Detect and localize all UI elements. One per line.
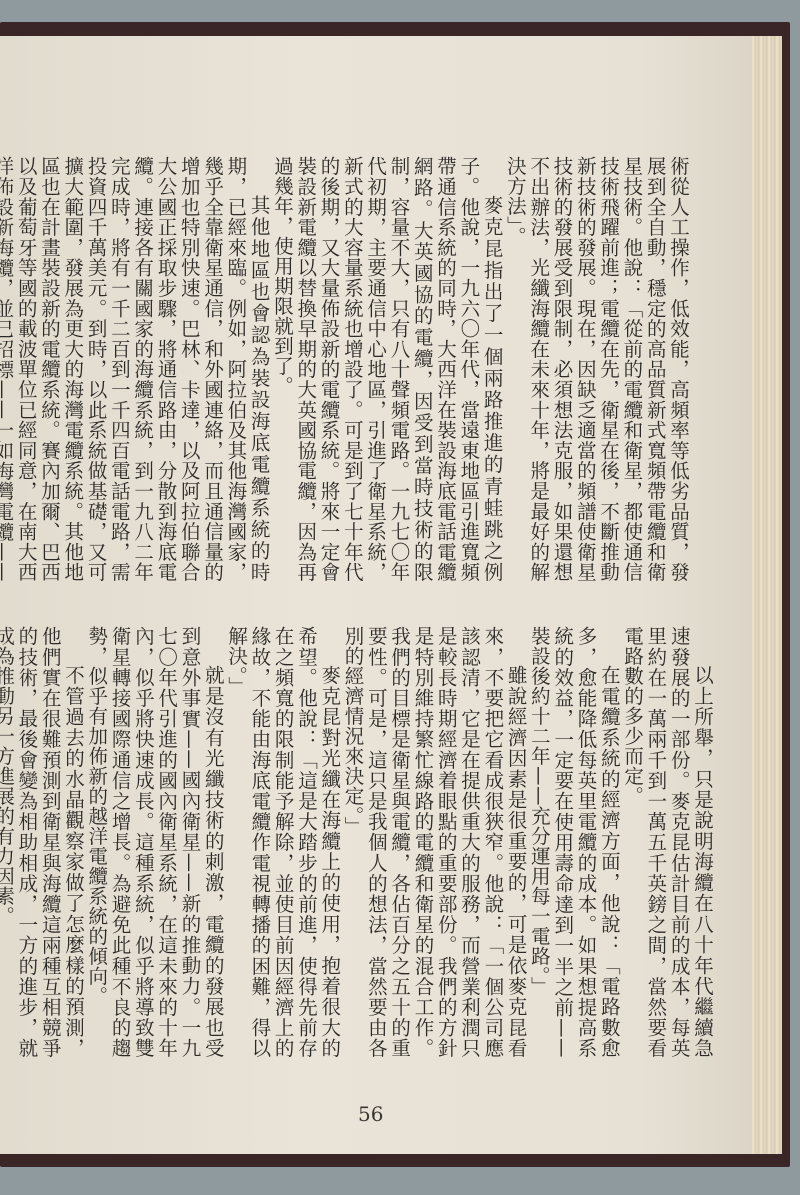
paragraph: 麥克昆指出了一個兩路推進的青蛙跳之例子。他說，一九六〇年代，當遠東地區引進寬頻帶… <box>271 156 504 582</box>
text-block-upper: 術從人工操作，低效能，高頻率等低劣品質，發展到全自動，穩定的高品質新式寬頻帶電纜… <box>96 156 690 582</box>
paragraph: 就是沒有光纖技術的刺激，電纜的發展也受到意外事實——國內衛星——新的推動力。一九… <box>85 626 225 1058</box>
paragraph: 不管過去的水晶觀察家做了怎麼樣的預測，他們實在很難預測到衛星與海纜這兩種互相競爭… <box>0 626 85 1058</box>
paragraph: 術從人工操作，低效能，高頻率等低劣品質，發展到全自動，穩定的高品質新式寬頻帶電纜… <box>504 156 690 582</box>
page-number: 56 <box>358 1102 383 1126</box>
paragraph: 雖說經濟因素是很重要的，可是依麥克昆看來，不要把它看成很狹窄。他說：「一個公司應… <box>341 626 527 1058</box>
book-page: 術從人工操作，低效能，高頻率等低劣品質，發展到全自動，穩定的高品質新式寬頻帶電纜… <box>0 36 752 1154</box>
text-block-lower: 以上所舉，只是說明海纜在八十年代繼續急速發展的一部份。麥克昆估計目前的成本，每英… <box>74 626 714 1058</box>
paragraph: 以上所舉，只是說明海纜在八十年代繼續急速發展的一部份。麥克昆估計目前的成本，每英… <box>621 626 714 1058</box>
paragraph: 麥克昆對光纖在海纜上的使用，抱着很大的希望。他說：「這是大踏步的前進，使得先前存… <box>225 626 341 1058</box>
paragraph: 在電纜系統的經濟方面，他說：「電路數愈多，愈能降低每英里電纜的成本。如果想提高系… <box>528 626 621 1058</box>
paragraph: 其他地區也會認為裝設海底電纜系統的時期，已經來臨。例如，阿拉伯及其他海灣國家，幾… <box>0 156 271 582</box>
